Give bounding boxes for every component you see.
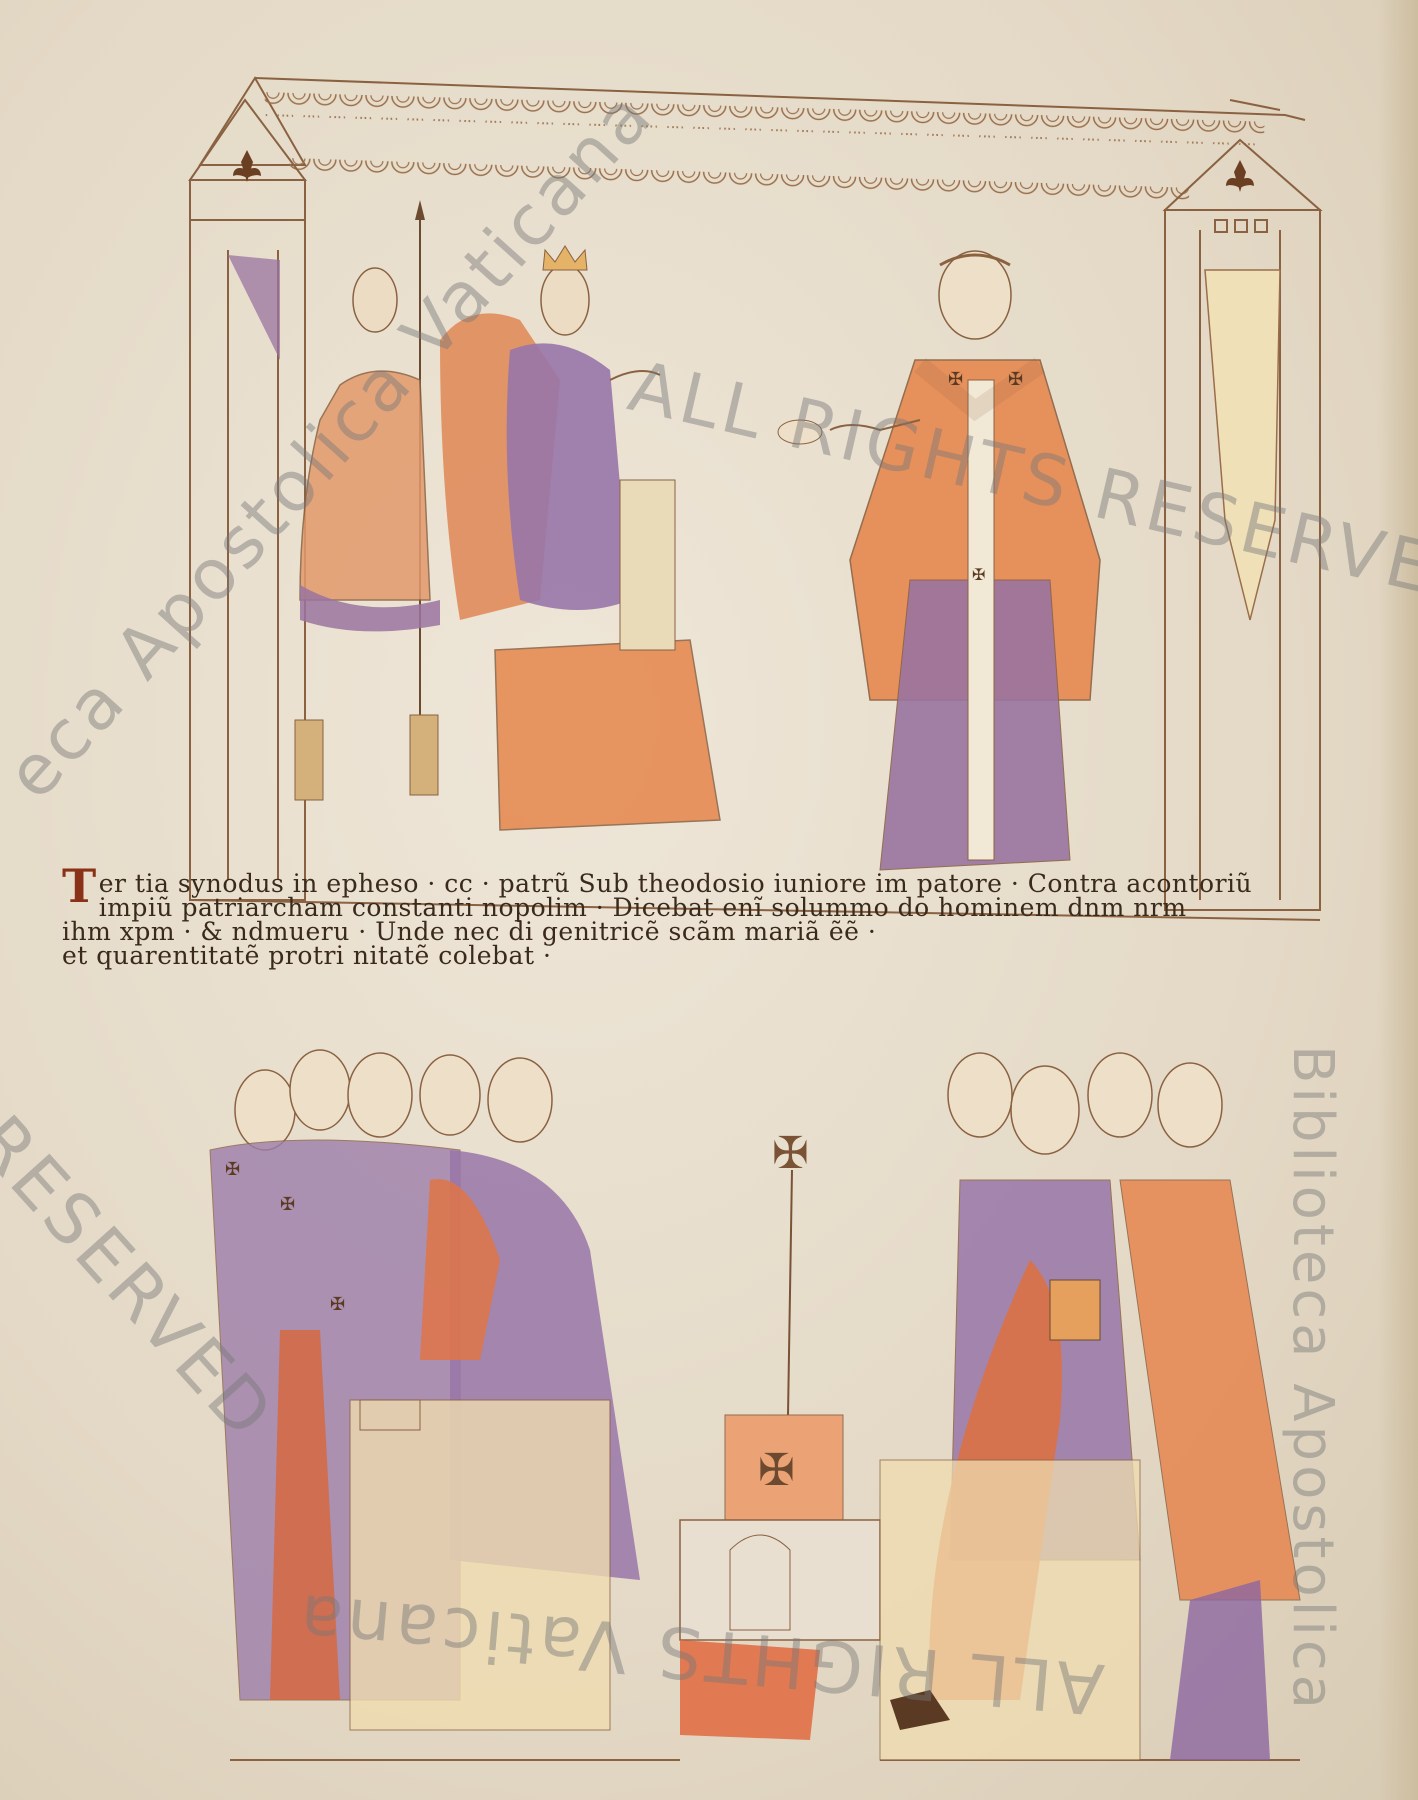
emperor-figure [440,246,720,830]
svg-text:✠: ✠ [280,1194,295,1215]
decorated-initial: T [62,866,97,906]
svg-text:✠: ✠ [330,1294,345,1315]
guard-figure [295,200,440,800]
altar-cross-standard: ✠ ✠ [680,1128,880,1740]
cross-icon: ✠ [758,1445,795,1496]
left-curtain [228,255,280,360]
manuscript-page: ✠✠ ✠ ✠ ✠ ✠ [0,0,1418,1800]
svg-text:✠: ✠ [1008,369,1023,390]
svg-text:✠: ✠ [948,369,963,390]
svg-text:✠: ✠ [225,1159,240,1180]
right-council-group [880,1053,1300,1760]
text-line-4: et quarentitatẽ protri nitatẽ colebat · [62,944,1342,968]
left-council-group: ✠ ✠ ✠ [210,1050,640,1730]
manuscript-text: T er tia synodus in epheso · cc · patrũ … [62,872,1342,968]
right-curtain [1205,270,1280,620]
cross-icon: ✠ [772,1128,809,1179]
svg-text:✠: ✠ [972,565,985,584]
bishop-figure: ✠✠ ✠ [778,251,1100,870]
